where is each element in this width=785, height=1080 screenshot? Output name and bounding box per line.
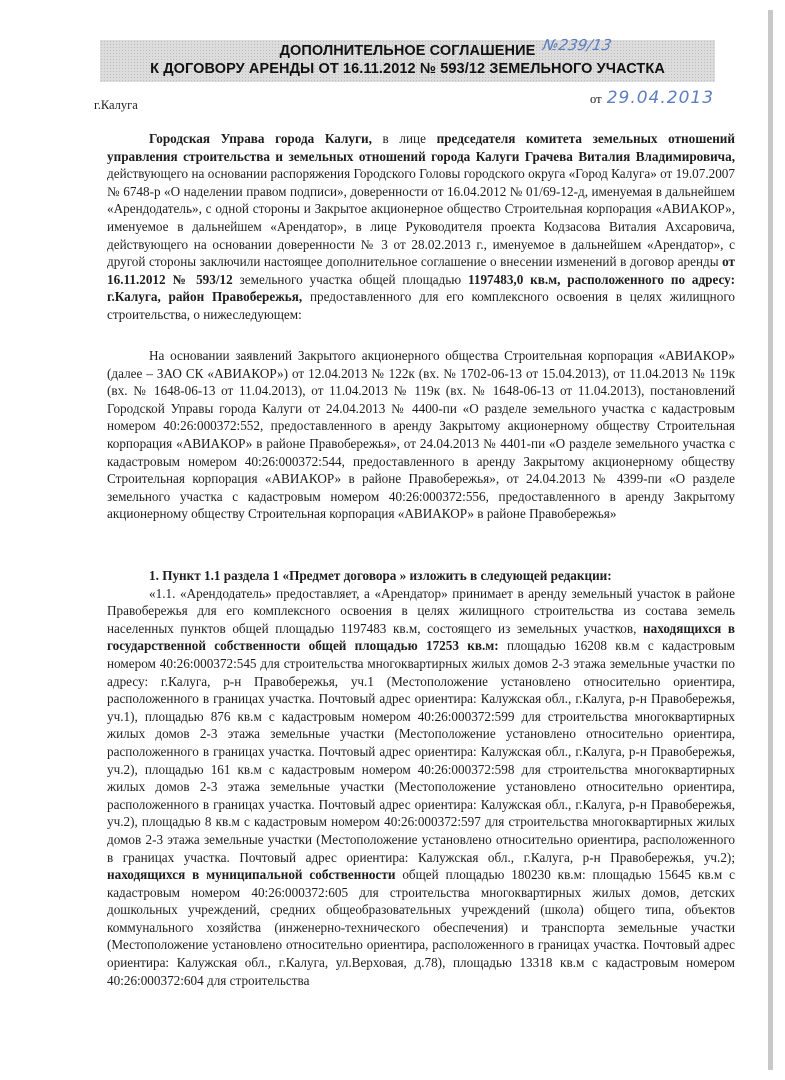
text-span: «1.1. «Арендодатель» предоставляет, а «А… [107,586,735,636]
party1-name: Городская Управа города Калуги, [149,131,372,146]
title-text: ДОПОЛНИТЕЛЬНОЕ СОГЛАШЕНИЕ [280,43,536,59]
item1-section: 1. Пункт 1.1 раздела 1 «Предмет договора… [107,567,735,989]
preamble-paragraph: Городская Управа города Калуги, в лице п… [107,130,735,324]
document-title-line1: ДОПОЛНИТЕЛЬНОЕ СОГЛАШЕНИЕ [100,43,715,59]
document-title-line2: К ДОГОВОРУ АРЕНДЫ ОТ 16.11.2012 № 593/12… [100,61,715,77]
text-span: в лице [372,131,437,146]
basis-paragraph: На основании заявлений Закрытого акционе… [107,347,735,523]
text-span: действующего на основании распоряжения Г… [107,166,735,269]
date-prefix: от [590,92,602,106]
text-span: земельного участка общей площадью [233,272,468,287]
city-label: г.Калуга [94,98,138,113]
item1-body: «1.1. «Арендодатель» предоставляет, а «А… [107,585,735,990]
text-span: общей площадью 180230 кв.м: площадью 156… [107,867,735,988]
municipal-property-label: находящихся в муниципальной собственност… [107,867,395,882]
handwritten-agreement-number: №239/13 [541,36,613,54]
page-edge-shadow [768,10,773,1070]
item1-heading: 1. Пункт 1.1 раздела 1 «Предмет договора… [107,567,735,585]
text-span: площадью 16208 кв.м с кадастровым номеро… [107,638,735,864]
document-date: от 29.04.2013 [590,88,714,108]
handwritten-date: 29.04.2013 [607,88,714,108]
